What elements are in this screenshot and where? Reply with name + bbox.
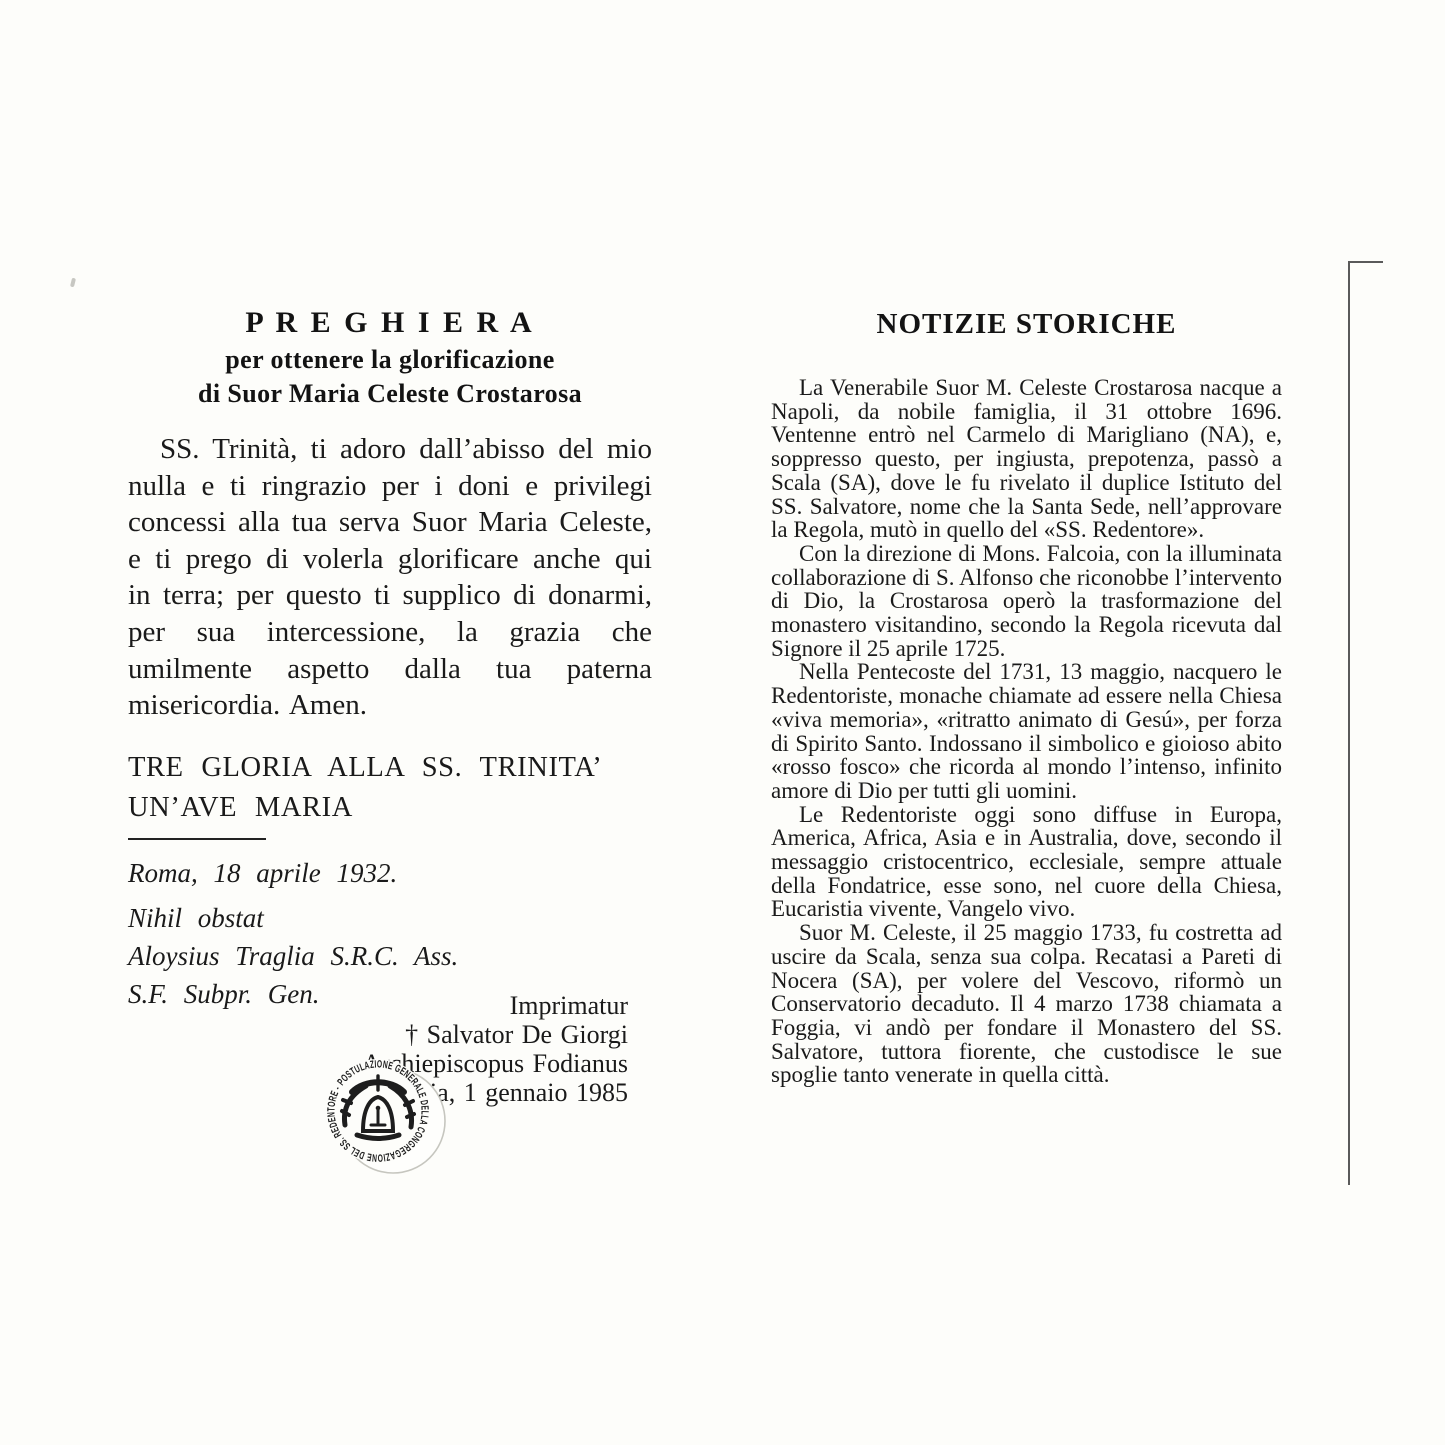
imprimatur-label: Imprimatur <box>362 991 628 1020</box>
scanned-page-edge-line <box>1348 261 1383 1185</box>
prayer-title: P R E G H I E R A <box>128 303 652 343</box>
historical-notes-body: La Venerabile Suor M. Celeste Crostarosa… <box>771 376 1282 1087</box>
nihil-obstat: Nihil obstat <box>128 901 652 936</box>
prayer-subtitle-1: per ottenere la glorificazione <box>128 343 652 377</box>
paragraph: Le Redentoriste oggi sono diffuse in Eur… <box>771 803 1282 922</box>
prayer-subtitle-2: di Suor Maria Celeste Crostarosa <box>128 377 652 411</box>
prayer-text: SS. Trinità, ti adoro dall’abisso del mi… <box>128 431 652 724</box>
scan-speck <box>70 278 76 288</box>
historical-notes-title: NOTIZIE STORICHE <box>771 306 1282 342</box>
gloria-line-1: TRE GLORIA ALLA SS. TRINITA’ <box>128 748 652 788</box>
paragraph: Nella Pentecoste del 1731, 13 maggio, na… <box>771 660 1282 802</box>
censor-name: Aloysius Traglia S.R.C. Ass. <box>128 939 652 974</box>
paragraph: Con la direzione di Mons. Falcoia, con l… <box>771 542 1282 661</box>
gloria-line-2: UN’AVE MARIA <box>128 788 652 828</box>
right-page: NOTIZIE STORICHE La Venerabile Suor M. C… <box>771 306 1282 1087</box>
congregation-stamp-seal: POSTULAZIONE GENERALE DELLA CONGREGAZION… <box>303 1038 455 1186</box>
scanned-prayer-card: { "ink_color": "#1a1a1a", "paper_color":… <box>0 0 1445 1445</box>
paragraph: Suor M. Celeste, il 25 maggio 1733, fu c… <box>771 921 1282 1087</box>
gloria-invocation: TRE GLORIA ALLA SS. TRINITA’ UN’AVE MARI… <box>128 748 652 828</box>
date-line: Roma, 18 aprile 1932. <box>128 856 652 891</box>
paragraph: La Venerabile Suor M. Celeste Crostarosa… <box>771 376 1282 542</box>
separator-rule <box>128 838 266 840</box>
left-page: P R E G H I E R A per ottenere la glorif… <box>128 303 652 1012</box>
